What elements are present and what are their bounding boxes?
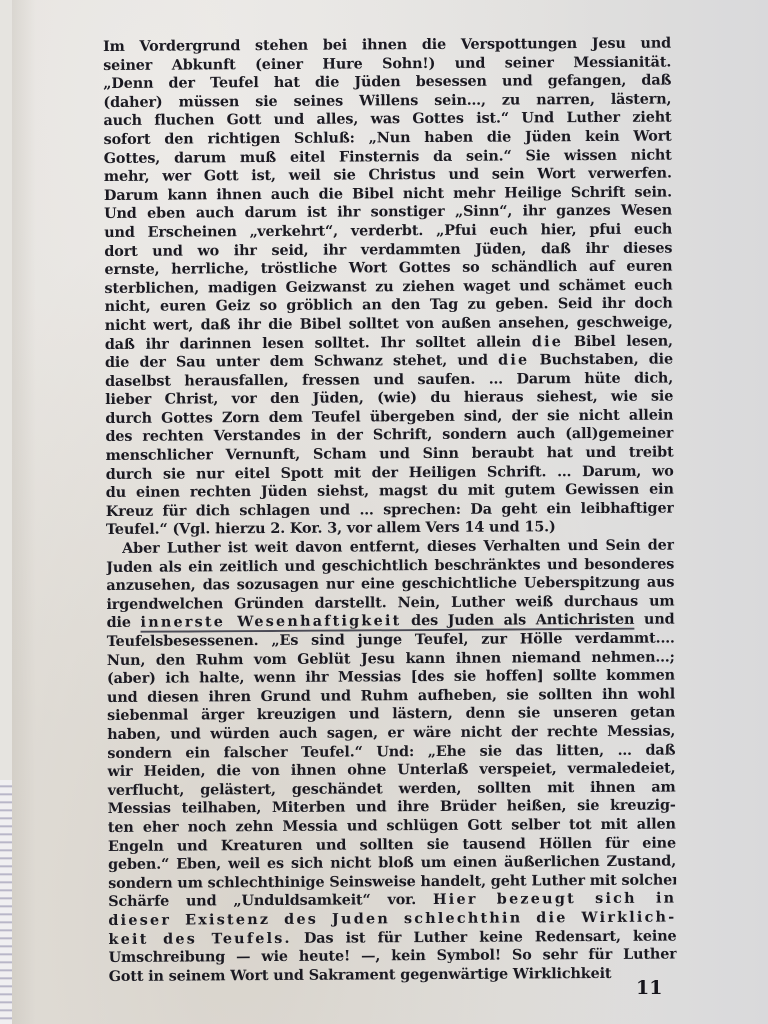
emphasized-text: dieser Existenz des Juden schlechthin di… bbox=[108, 908, 676, 928]
text-run: durch sie nur eitel Spott mit der Heilig… bbox=[106, 462, 674, 482]
book-photo: Im Vordergrund stehen bei ihnen die Vers… bbox=[0, 0, 768, 1024]
emphasized-text: die bbox=[498, 351, 529, 368]
text-run: die bbox=[107, 614, 141, 631]
text-run: durch Gottes Zorn dem Teufel übergeben s… bbox=[105, 406, 673, 426]
text-run: haben, und würden auch sagen, er wäre ni… bbox=[107, 722, 675, 742]
text-run: Teufel.“ (Vgl. hierzu 2. Kor. 3, vor all… bbox=[106, 519, 556, 539]
paragraph: Im Vordergrund stehen bei ihnen die Vers… bbox=[103, 35, 674, 540]
text-run: anzusehen, das sozusagen nur eine geschi… bbox=[106, 574, 674, 594]
text-run: Nun, den Ruhm vom Geblüt Jesu kann ihnen… bbox=[107, 648, 675, 668]
text-run: sondern ein falscher Teufel.“ Und: „Ehe … bbox=[107, 741, 675, 761]
text-run: Buchstaben, die bbox=[529, 351, 673, 369]
text-run: Im Vordergrund stehen bei ihnen die Vers… bbox=[103, 35, 671, 55]
text-run: irgendwelchen Gründen darstellt. Nein, L… bbox=[106, 592, 674, 612]
text-run: Bibel lesen, bbox=[563, 332, 673, 350]
text-run: wir Heiden, die von ihnen ohne Unterlaß … bbox=[107, 760, 675, 780]
text-run: seiner Abkunft (einer Hure Sohn!) und se… bbox=[103, 53, 671, 73]
text-run: daselbst herausfallen, fressen und saufe… bbox=[105, 369, 673, 389]
text-run: Kreuz für dich schlagen und … sprechen: … bbox=[106, 499, 674, 519]
text-run: mehr, wer Gott ist, weil sie Christus un… bbox=[104, 165, 672, 185]
text-run: Messias teilhaben, Miterben und ihre Brü… bbox=[108, 797, 676, 817]
emphasized-text: Hier bezeugt sich in bbox=[433, 890, 676, 908]
text-run: und bbox=[634, 611, 674, 628]
text-run: auch fluchen Gott und alles, was Gottes … bbox=[103, 109, 671, 129]
text-run: ernste, herrliche, tröstliche Wort Gotte… bbox=[104, 258, 672, 278]
text-run: Aber Luther ist weit davon entfernt, die… bbox=[122, 537, 674, 557]
text-run: Darum kann ihnen auch die Bibel nicht me… bbox=[104, 183, 672, 203]
text-run: dort und wo ihr seid, ihr verdammten Jüd… bbox=[104, 239, 672, 259]
text-run: sondern um schlechthinige Seinsweise han… bbox=[108, 871, 676, 891]
text-run: Gottes, darum muß eitel Finsternis da se… bbox=[104, 146, 672, 166]
emphasized-text: innerste Wesenhaftigkeit bbox=[140, 613, 401, 632]
text-run: des rechten Verstandes in der Schrift, s… bbox=[105, 425, 673, 445]
text-run: verflucht, gelästert, geschändet werden,… bbox=[108, 778, 676, 798]
text-run: und diesen ihren Grund und Ruhm aufheben… bbox=[107, 685, 675, 705]
text-run: (daher) müssen sie seines Willens sein…,… bbox=[103, 90, 671, 110]
text-run: du einen rechten Jüden siehst, magst du … bbox=[106, 481, 674, 501]
text-run: lieber Christ, vor den Jüden, (wie) du h… bbox=[105, 388, 673, 408]
text-run: (aber) ich halte, wenn ihr Messias [des … bbox=[107, 667, 675, 687]
text-run: die der Sau unter dem Schwanz stehet, un… bbox=[105, 352, 498, 371]
text-run: menschlicher Vernunft, Scham und Sinn be… bbox=[105, 444, 673, 464]
text-run: „Denn der Teufel hat die Jüden besessen … bbox=[103, 72, 671, 92]
body-text: Im Vordergrund stehen bei ihnen die Vers… bbox=[103, 35, 677, 987]
text-run: Teufelsbesessenen. „Es sind junge Teufel… bbox=[107, 630, 675, 650]
emphasized-text: die bbox=[532, 333, 563, 350]
text-run: Juden als ein zeitlich und geschichtlich… bbox=[106, 555, 674, 575]
text-run: sterblichen, madigen Geizwanst zu ziehen… bbox=[104, 276, 672, 296]
text-run: sofort den richtigen Schluß: „Nun haben … bbox=[104, 127, 672, 147]
text-run: siebenmal ärger kreuzigen und lästern, d… bbox=[107, 704, 675, 724]
text-run: geben.“ Eben, weil es sich nicht bloß um… bbox=[108, 853, 676, 873]
text-run: und Erscheinen „verkehrt“, verderbt. „Pf… bbox=[104, 220, 672, 240]
gutter-shadow bbox=[12, 0, 36, 1024]
text-run: nicht wert, daß ihr die Bibel solltet vo… bbox=[105, 313, 673, 333]
text-run: Und eben auch darum ist ihr sonstiger „S… bbox=[104, 202, 672, 222]
text-run: nicht, euren Geiz so gröblich an den Tag… bbox=[105, 295, 673, 315]
emphasized-text: keit des Teufels. bbox=[108, 929, 291, 947]
emphasized-text: des Juden als Antichristen bbox=[401, 611, 634, 629]
paragraph: Aber Luther ist weit davon entfernt, die… bbox=[106, 537, 677, 987]
page-number: 11 bbox=[636, 977, 662, 999]
text-run: Umschreibung — wie heute! —, kein Symbol… bbox=[109, 946, 677, 966]
text-run: ten eher noch zehn Messia und schlügen G… bbox=[108, 815, 676, 835]
text-run: Das ist für Luther keine Redensart, kein… bbox=[292, 927, 677, 946]
text-line: Gott in seinem Wort und Sakrament gegenw… bbox=[109, 964, 677, 986]
text-run: Schärfe und „Unduldsamkeit“ vor. bbox=[108, 891, 433, 910]
text-run: Gott in seinem Wort und Sakrament gegenw… bbox=[109, 965, 612, 985]
text-run: daß ihr darinnen lesen solltet. Ihr soll… bbox=[105, 333, 532, 353]
text-run: Engeln und Kreaturen und sollten sie tau… bbox=[108, 834, 676, 854]
